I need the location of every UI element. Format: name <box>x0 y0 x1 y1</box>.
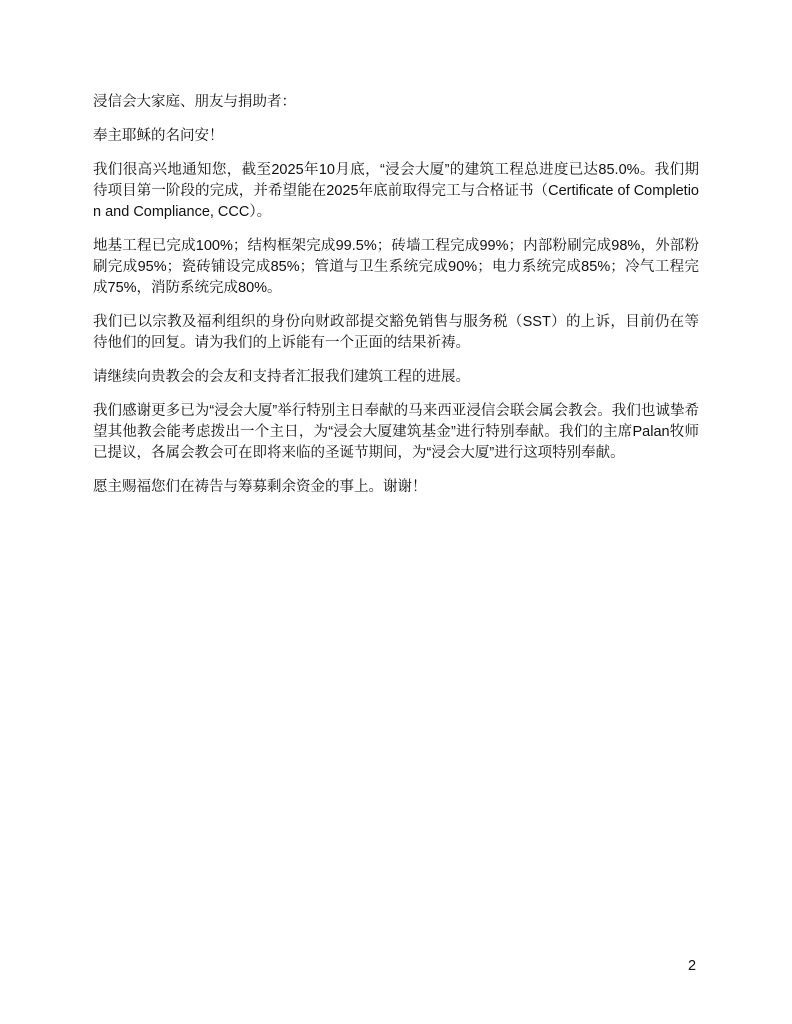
greeting: 奉主耶稣的名问安！ <box>93 126 699 147</box>
paragraph-special-offering: 我们感谢更多已为“浸会大厦”举行特别主日奉献的马来西亚浸信会联会属会教会。我们也… <box>93 401 699 464</box>
letter-body: 浸信会大家庭、朋友与捐助者： 奉主耶稣的名问安！ 我们很高兴地通知您，截至202… <box>93 92 699 511</box>
salutation: 浸信会大家庭、朋友与捐助者： <box>93 92 699 113</box>
paragraph-progress-details: 地基工程已完成100%；结构框架完成99.5%；砖墙工程完成99%；内部粉刷完成… <box>93 236 699 299</box>
paragraph-closing-blessing: 愿主赐福您们在祷告与筹募剩余资金的事上。谢谢！ <box>93 477 699 498</box>
paragraph-request-report: 请继续向贵教会的会友和支持者汇报我们建筑工程的进展。 <box>93 367 699 388</box>
document-page: 浸信会大家庭、朋友与捐助者： 奉主耶稣的名问安！ 我们很高兴地通知您，截至202… <box>0 0 792 1024</box>
paragraph-sst-appeal: 我们已以宗教及福利组织的身份向财政部提交豁免销售与服务税（SST）的上诉，目前仍… <box>93 312 699 354</box>
paragraph-progress-summary: 我们很高兴地通知您，截至2025年10月底，“浸会大厦”的建筑工程总进度已达85… <box>93 160 699 223</box>
page-number: 2 <box>688 958 696 974</box>
